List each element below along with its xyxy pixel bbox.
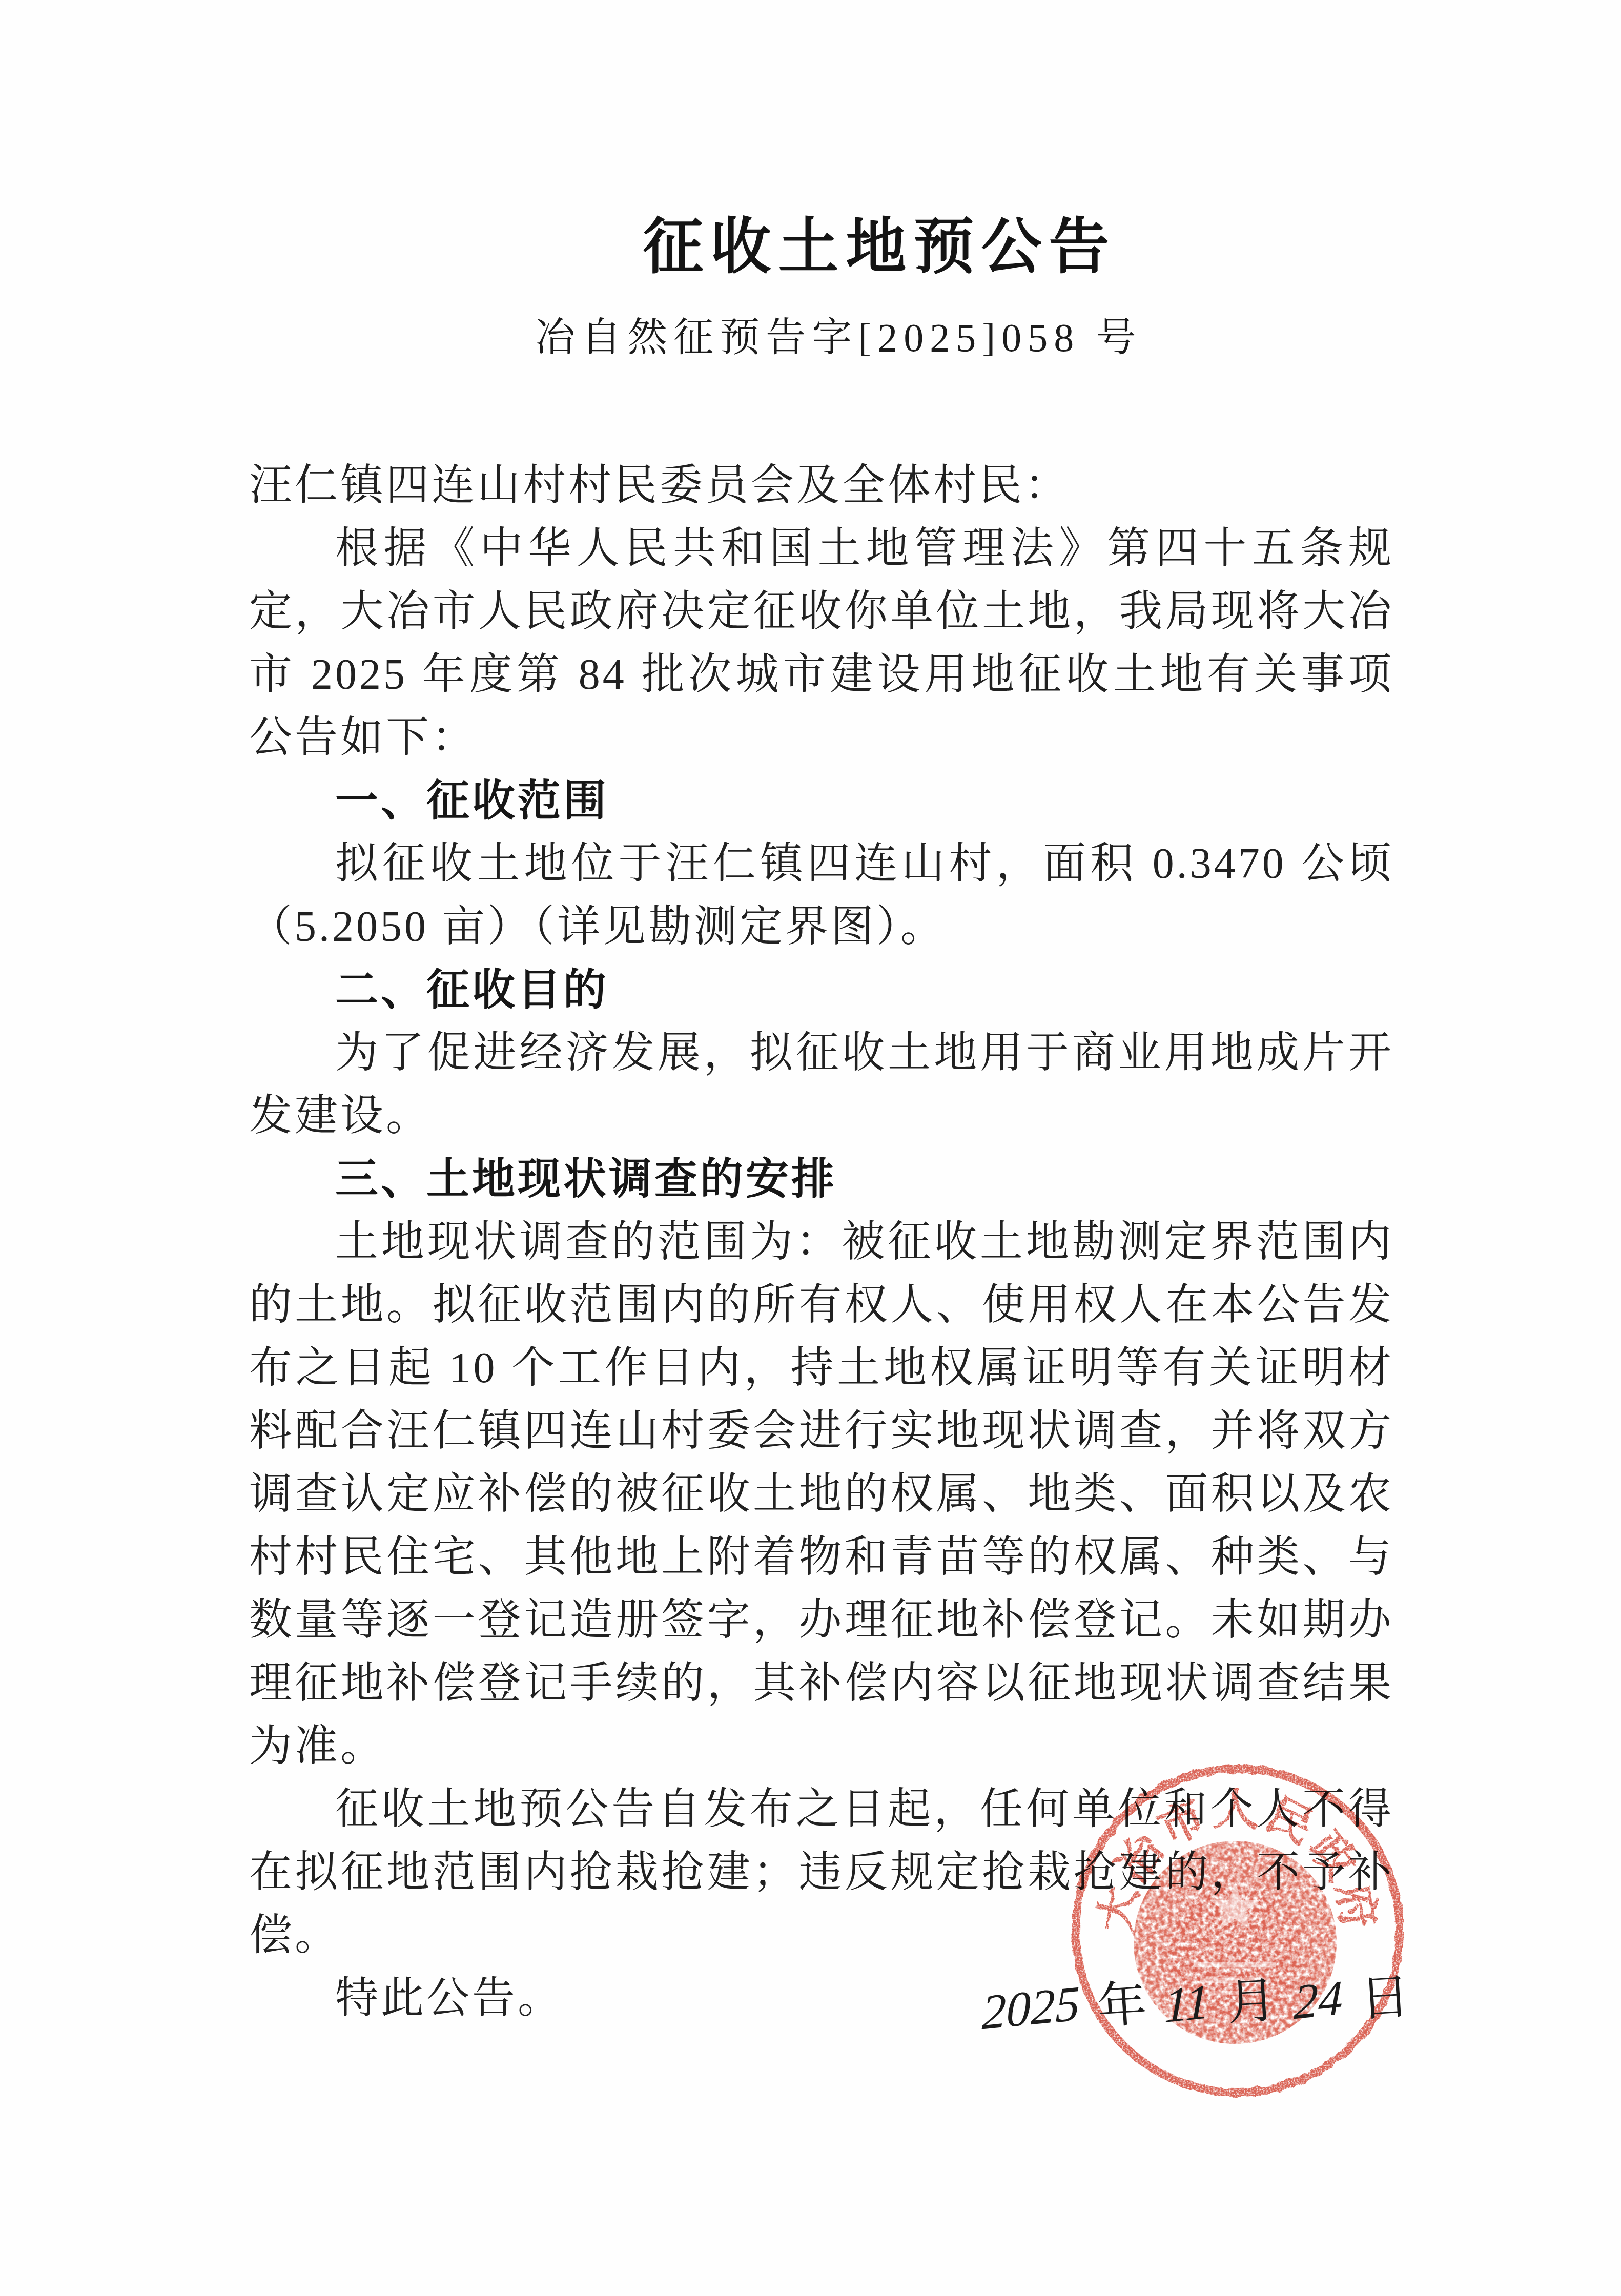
page-title: 征收土地预公告 (69, 214, 1621, 281)
date-day: 24 (1294, 1969, 1343, 2031)
section-heading-scope: 一、征收范围 (249, 769, 1394, 832)
date-year-unit: 年 (1095, 1964, 1148, 2038)
announcement-page: 征收土地预公告 冶自然征预告字[2025]058 号 汪仁镇四连山村村民委员会及… (0, 0, 1621, 2296)
government-seal-icon: 大冶市人民政府 (1066, 1759, 1409, 2102)
official-seal: 大冶市人民政府 (1066, 1759, 1409, 2102)
date-month: 11 (1164, 1973, 1209, 2034)
salutation-line: 汪仁镇四连山村村民委员会及全体村民： (249, 454, 1394, 517)
paragraph-survey: 土地现状调查的范围为：被征收土地勘测定界范围内的土地。拟征收范围内的所有权人、使… (249, 1211, 1394, 1778)
paragraph-purpose: 为了促进经济发展，拟征收土地用于商业用地成片开发建设。 (249, 1021, 1394, 1147)
document-number: 冶自然征预告字[2025]058 号 (28, 314, 1621, 362)
paragraph-scope: 拟征收土地位于汪仁镇四连山村，面积 0.3470 公顷（5.2050 亩）（详见… (249, 832, 1394, 958)
section-heading-purpose: 二、征收目的 (249, 958, 1394, 1021)
paragraph-basis: 根据《中华人民共和国土地管理法》第四十五条规定，大冶市人民政府决定征收你单位土地… (249, 517, 1394, 769)
date-day-unit: 日 (1358, 1957, 1411, 2031)
section-heading-survey: 三、土地现状调查的安排 (249, 1147, 1394, 1211)
date-year: 2025 (981, 1974, 1080, 2041)
date-month-unit: 月 (1225, 1961, 1278, 2034)
handwritten-date: 2025 年 11 月 24 日 (980, 1958, 1410, 2040)
